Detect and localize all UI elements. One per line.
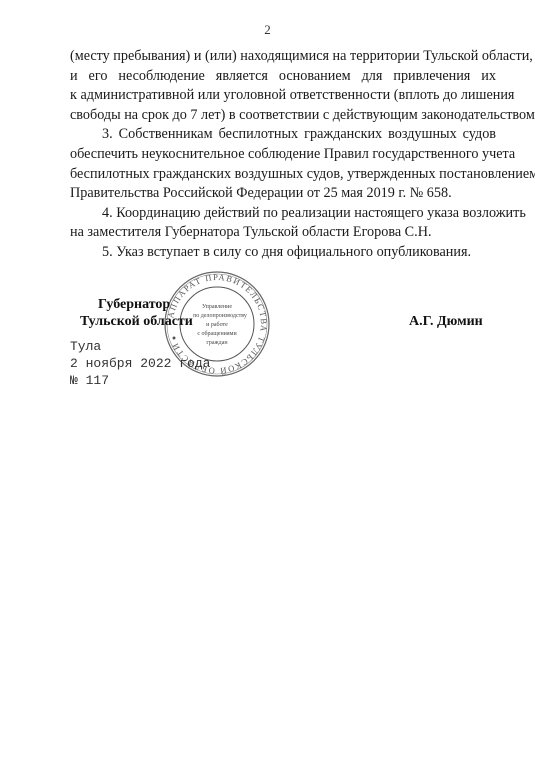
- signatory-position-line1: Губернатор: [98, 297, 170, 313]
- text-line: (месту пребывания) и (или) находящимися …: [70, 47, 496, 67]
- stamp-center-line: и работе: [206, 321, 228, 328]
- text-line: обеспечить неукоснительное соблюдение Пр…: [70, 145, 496, 165]
- paragraph-3: 3. Собственникам беспилотных гражданских…: [70, 125, 496, 203]
- text-line: 4. Координацию действий по реализации на…: [70, 204, 496, 224]
- stamp-center-line: граждан: [206, 340, 228, 346]
- text-line: на заместителя Губернатора Тульской обла…: [70, 223, 496, 243]
- stamp-center-line: Управление: [202, 304, 232, 310]
- paragraph-5: 5. Указ вступает в силу со дня официальн…: [70, 243, 496, 263]
- document-page: 2 (месту пребывания) и (или) находящимис…: [0, 0, 535, 759]
- text-line: и его несоблюдение является основанием д…: [70, 67, 496, 87]
- issue-date: 2 ноября 2022 года: [70, 356, 210, 371]
- issue-city: Тула: [70, 339, 101, 354]
- paragraph-2-continuation: (месту пребывания) и (или) находящимися …: [70, 47, 496, 125]
- decree-body: (месту пребывания) и (или) находящимися …: [70, 47, 496, 263]
- signatory-name: А.Г. Дюмин: [409, 314, 483, 330]
- text-line: к административной или уголовной ответст…: [70, 86, 496, 106]
- stamp-center-line: с обращениями: [197, 330, 237, 337]
- decree-number: № 117: [70, 373, 109, 388]
- text-line: 5. Указ вступает в силу со дня официальн…: [70, 243, 496, 263]
- text-line: свободы на срок до 7 лет) в соответствии…: [70, 106, 496, 126]
- text-line: Правительства Российской Федерации от 25…: [70, 184, 496, 204]
- signatory-position-line2: Тульской области: [80, 314, 193, 330]
- page-number: 2: [0, 22, 535, 38]
- text-line: 3. Собственникам беспилотных гражданских…: [70, 125, 496, 145]
- stamp-center-line: по делопроизводству: [193, 313, 247, 319]
- paragraph-4: 4. Координацию действий по реализации на…: [70, 204, 496, 243]
- text-line: беспилотных гражданских воздушных судов,…: [70, 165, 496, 185]
